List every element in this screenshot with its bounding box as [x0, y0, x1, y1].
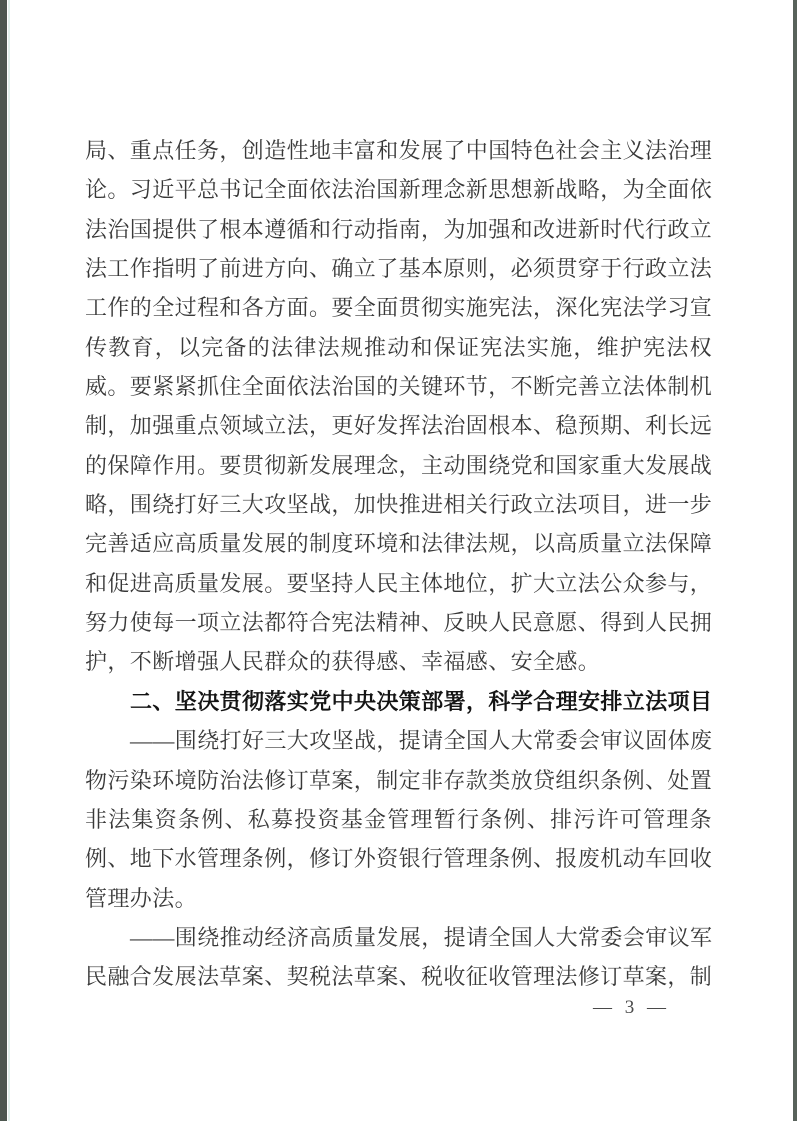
text-line: 制，加强重点领域立法，更好发挥法治固根本、稳预期、利长远 [85, 406, 712, 445]
text-line: 非法集资条例、私募投资基金管理暂行条例、排污许可管理条 [85, 800, 712, 839]
text-line: 例、地下水管理条例，修订外资银行管理条例、报废机动车回收 [85, 839, 712, 878]
text-line: ——围绕打好三大攻坚战，提请全国人大常委会审议固体废 [85, 721, 712, 760]
text-line: 局、重点任务，创造性地丰富和发展了中国特色社会主义法治理 [85, 131, 712, 170]
section-heading: 二、坚决贯彻落实党中央决策部署，科学合理安排立法项目 [85, 682, 712, 721]
text-line: 护，不断增强人民群众的获得感、幸福感、安全感。 [85, 642, 712, 681]
text-line: 工作的全过程和各方面。要全面贯彻实施宪法，深化宪法学习宣 [85, 288, 712, 327]
text-line: 努力使每一项立法都符合宪法精神、反映人民意愿、得到人民拥 [85, 603, 712, 642]
scan-edge-right [793, 0, 797, 1121]
text-line: 法治国提供了根本遵循和行动指南，为加强和改进新时代行政立 [85, 210, 712, 249]
text-line: 的保障作用。要贯彻新发展理念，主动围绕党和国家重大发展战 [85, 446, 712, 485]
scan-edge-left-accent [8, 0, 10, 1121]
text-line: 传教育，以完备的法律法规推动和保证宪法实施，维护宪法权 [85, 328, 712, 367]
text-line: 略，围绕打好三大攻坚战，加快推进相关行政立法项目，进一步 [85, 485, 712, 524]
text-line: 法工作指明了前进方向、确立了基本原则，必须贯穿于行政立法 [85, 249, 712, 288]
text-line: 完善适应高质量发展的制度环境和法律法规，以高质量立法保障 [85, 524, 712, 563]
text-line: 管理办法。 [85, 879, 712, 918]
text-line: 物污染环境防治法修订草案，制定非存款类放贷组织条例、处置 [85, 761, 712, 800]
text-line: 威。要紧紧抓住全面依法治国的关键环节，不断完善立法体制机 [85, 367, 712, 406]
scan-edge-left [0, 0, 7, 1121]
text-line: 民融合发展法草案、契税法草案、税收征收管理法修订草案，制 [85, 957, 712, 996]
document-body: 局、重点任务，创造性地丰富和发展了中国特色社会主义法治理 论。习近平总书记全面依… [85, 131, 712, 997]
text-line: 和促进高质量发展。要坚持人民主体地位，扩大立法公众参与， [85, 564, 712, 603]
text-line: 论。习近平总书记全面依法治国新理念新思想新战略，为全面依 [85, 170, 712, 209]
document-page: 局、重点任务，创造性地丰富和发展了中国特色社会主义法治理 论。习近平总书记全面依… [0, 0, 800, 1121]
page-number: — 3 — [85, 996, 670, 1020]
text-line: ——围绕推动经济高质量发展，提请全国人大常委会审议军 [85, 918, 712, 957]
